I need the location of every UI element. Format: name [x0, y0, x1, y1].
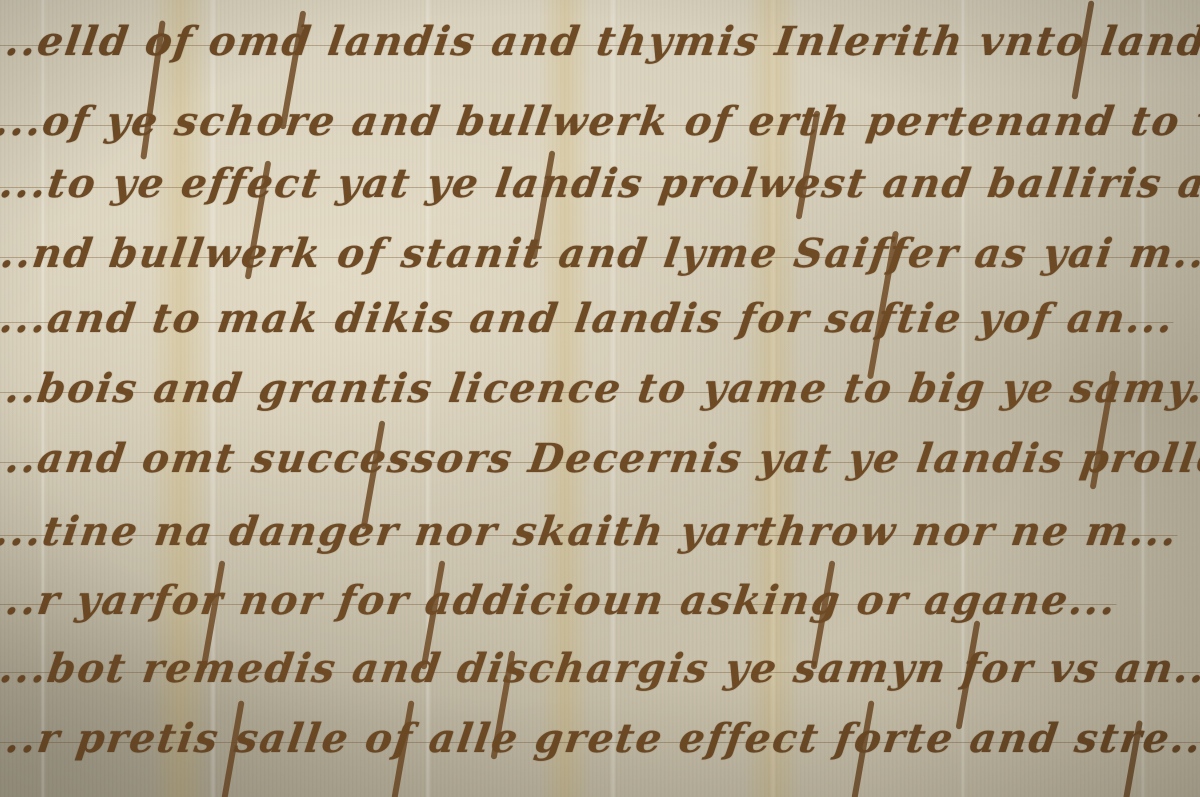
manuscript-line: ...r yarfor nor for addicioun asking or …: [0, 577, 1120, 624]
manuscript-line: ...elld of omd landis and thymis Inlerit…: [0, 18, 1200, 65]
manuscript-line: ...of ye schore and bullwerk of erth per…: [0, 98, 1200, 145]
manuscript-line: ...to ye effect yat ye landis prolwest a…: [0, 160, 1200, 207]
manuscript-line: ...r pretis salle of alle grete effect f…: [0, 715, 1200, 762]
manuscript-line: ...bot remedis and dischargis ye samyn f…: [0, 645, 1200, 692]
manuscript-line: ...bois and grantis licence to yame to b…: [0, 365, 1200, 412]
manuscript-line: ...and to mak dikis and landis for safti…: [0, 295, 1178, 342]
manuscript-line: ...tine na danger nor skaith yarthrow no…: [0, 508, 1181, 555]
manuscript-line: ...and omt successors Decernis yat ye la…: [0, 435, 1200, 482]
manuscript-line: ...nd bullwerk of stanit and lyme Saiffe…: [0, 230, 1200, 277]
manuscript-page: ...elld of omd landis and thymis Inlerit…: [0, 0, 1200, 797]
